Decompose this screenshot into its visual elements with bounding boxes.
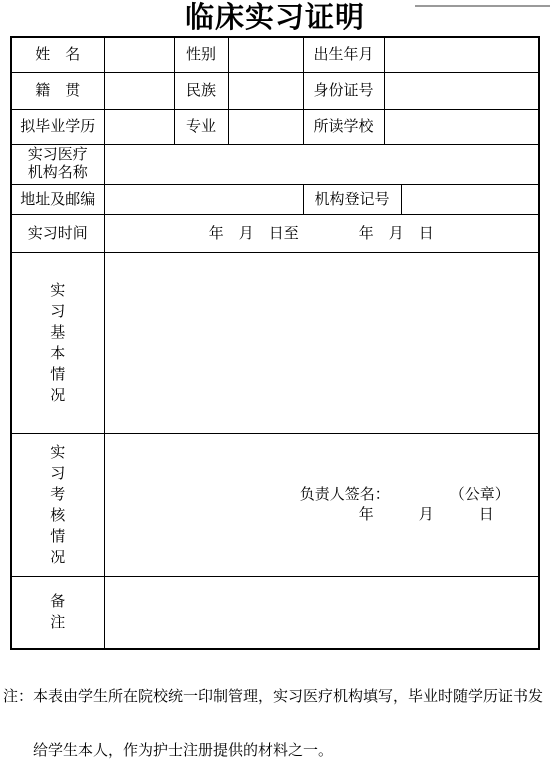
assessment-content-cell: 负责人签名： （公章） 年 月 日 [104,433,539,576]
row-address-registration: 地址及邮编 机构登记号 [11,184,539,214]
id-number-label: 身份证号 [303,72,384,109]
row-internship-period: 实习时间 年 月 日至 年 月 日 [11,214,539,252]
remarks-content-cell [104,576,539,649]
birth-date-value-cell [384,37,539,72]
school-label: 所读学校 [303,109,384,144]
gender-label: 性别 [174,37,228,72]
major-label: 专业 [174,109,228,144]
ethnicity-value-cell [228,72,303,109]
name-label: 姓 名 [11,37,104,72]
row-origin-ethnicity-id: 籍 贯 民族 身份证号 [11,72,539,109]
name-value-cell [104,37,174,72]
row-name-gender-birth: 姓 名 性别 出生年月 [11,37,539,72]
assessment-label: 实习考核情况 [11,433,104,576]
school-value-cell [384,109,539,144]
basic-info-label-text: 实习基本情况 [50,280,66,406]
form-title: 临床实习证明 [0,3,550,34]
remarks-label-text: 备注 [50,591,66,633]
row-remarks: 备注 [11,576,539,649]
basic-info-label: 实习基本情况 [11,252,104,433]
footnote-line-2: 给学生本人，作为护士注册提供的材料之一。 [3,742,550,760]
signature-line: 负责人签名： （公章） [272,485,539,505]
address-label: 地址及邮编 [11,184,104,214]
row-institution-name: 实习医疗机构名称 [11,144,539,184]
registration-number-value-cell [401,184,539,214]
internship-period-value: 年 月 日至 年 月 日 [104,214,539,252]
education-label: 拟毕业学历 [11,109,104,144]
major-value-cell [228,109,303,144]
basic-info-content-cell [104,252,539,433]
birth-date-label: 出生年月 [303,37,384,72]
education-value-cell [104,109,174,144]
ethnicity-label: 民族 [174,72,228,109]
id-number-value-cell [384,72,539,109]
internship-form-table: 姓 名 性别 出生年月 籍 贯 民族 身份证号 拟毕业学历 专业 所读学校 实习… [10,36,540,650]
footnote: 注：本表由学生所在院校统一印制管理，实习医疗机构填写，毕业时随学历证书发 给学生… [3,652,550,778]
row-education-major-school: 拟毕业学历 专业 所读学校 [11,109,539,144]
footnote-line-1: 注：本表由学生所在院校统一印制管理，实习医疗机构填写，毕业时随学历证书发 [3,688,550,706]
gender-value-cell [228,37,303,72]
scan-artifact-line [415,5,550,7]
remarks-label: 备注 [11,576,104,649]
signature-date-line: 年 月 日 [315,505,539,525]
institution-name-value-cell [104,144,539,184]
row-assessment: 实习考核情况 负责人签名： （公章） 年 月 日 [11,433,539,576]
native-place-label: 籍 贯 [11,72,104,109]
registration-number-label: 机构登记号 [303,184,401,214]
row-basic-info: 实习基本情况 [11,252,539,433]
native-place-value-cell [104,72,174,109]
assessment-label-text: 实习考核情况 [50,442,66,568]
internship-period-label: 实习时间 [11,214,104,252]
institution-name-label: 实习医疗机构名称 [11,144,104,184]
institution-name-label-text: 实习医疗机构名称 [26,146,90,182]
address-value-cell [104,184,303,214]
